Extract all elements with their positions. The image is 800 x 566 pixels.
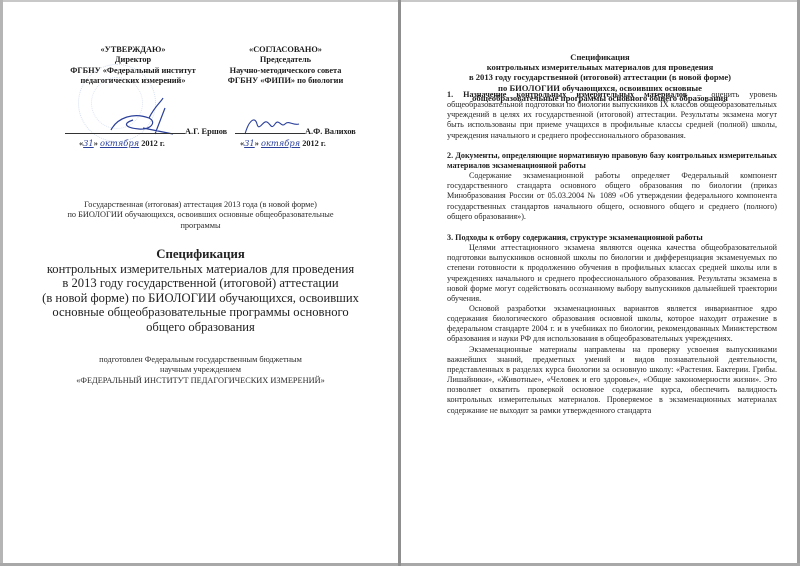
approval-org-line1: Научно-методического совета: [213, 66, 358, 76]
signatory-valikhov: А.Ф. Валихов: [305, 127, 356, 136]
approval-role: Председатель: [213, 55, 358, 65]
approval-date-council: «31» октября 2012 г.: [240, 138, 326, 148]
signature-line-ershov: [65, 133, 185, 134]
attestation-subtitle: Государственная (итоговая) аттестация 20…: [23, 200, 378, 231]
header-line: в 2013 году государственной (итоговой) а…: [419, 72, 781, 82]
approval-org-line2: ФГБНУ «ФИПИ» по биологии: [213, 76, 358, 86]
date-month: октября: [261, 138, 300, 148]
approval-org-line1: ФГБНУ «Федеральный институт: [53, 66, 213, 76]
section-purpose: 1. Назначение контрольных измерительных …: [447, 90, 777, 141]
date-close-quote: »: [94, 139, 98, 148]
section-documents: 2. Документы, определяющие нормативную п…: [447, 151, 777, 222]
prepared-by-line: подготовлен Федеральным государственным …: [23, 355, 378, 365]
document-spread: «УТВЕРЖДАЮ» Директор ФГБНУ «Федеральный …: [0, 0, 800, 566]
section-title: 3. Подходы к отбору содержания, структур…: [447, 233, 703, 242]
prepared-by-line: научным учреждением: [23, 365, 378, 375]
title-page: «УТВЕРЖДАЮ» Директор ФГБНУ «Федеральный …: [3, 2, 398, 563]
date-close-quote: »: [255, 139, 259, 148]
title-line: (в новой форме) по БИОЛОГИИ обучающихся,…: [18, 291, 383, 306]
approval-block-council: «СОГЛАСОВАНО» Председатель Научно-методи…: [213, 45, 358, 87]
date-year: 2012 г.: [141, 139, 165, 148]
section-paragraph: Экзаменационные материалы направлены на …: [447, 345, 777, 416]
subtitle-line: Государственная (итоговая) аттестация 20…: [23, 200, 378, 210]
header-line: Спецификация: [419, 52, 781, 62]
prepared-by: подготовлен Федеральным государственным …: [23, 355, 378, 386]
section-paragraph: Основой разработки экзаменационных вариа…: [447, 304, 777, 345]
approval-heading: «СОГЛАСОВАНО»: [213, 45, 358, 55]
title-line: общего образования: [18, 320, 383, 335]
document-title: Спецификация контрольных измерительных м…: [18, 247, 383, 335]
approval-block-director: «УТВЕРЖДАЮ» Директор ФГБНУ «Федеральный …: [53, 45, 213, 87]
date-year: 2012 г.: [302, 139, 326, 148]
date-day: 31: [83, 138, 94, 148]
title-line: в 2013 году государственной (итоговой) а…: [18, 276, 383, 291]
section-title: 1. Назначение контрольных измерительных …: [447, 90, 687, 99]
title-line: основные общеобразовательные программы о…: [18, 305, 383, 320]
section-paragraph: Целями аттестационного экзамена являются…: [447, 243, 777, 304]
approval-org-line2: педагогических измерений»: [53, 76, 213, 86]
title-heading: Спецификация: [18, 247, 383, 262]
subtitle-line: программы: [23, 221, 378, 231]
date-month: октября: [100, 138, 139, 148]
prepared-by-line: «ФЕДЕРАЛЬНЫЙ ИНСТИТУТ ПЕДАГОГИЧЕСКИХ ИЗМ…: [23, 376, 378, 386]
page-divider: [398, 0, 401, 566]
approval-role: Директор: [53, 55, 213, 65]
approval-date-director: «31» октября 2012 г.: [79, 138, 165, 148]
signature-line-valikhov: [235, 133, 305, 134]
signature-valikhov-icon: [241, 114, 303, 138]
section-approaches: 3. Подходы к отбору содержания, структур…: [447, 233, 777, 416]
approval-heading: «УТВЕРЖДАЮ»: [53, 45, 213, 55]
subtitle-line: по БИОЛОГИИ обучающихся, освоивших основ…: [23, 210, 378, 220]
section-title: 2. Документы, определяющие нормативную п…: [447, 151, 777, 170]
specification-page: Спецификация контрольных измерительных м…: [401, 2, 797, 563]
specification-body: 1. Назначение контрольных измерительных …: [447, 90, 777, 416]
title-line: контрольных измерительных материалов для…: [18, 262, 383, 277]
signature-ershov-icon: [103, 94, 183, 142]
section-paragraph: Содержание экзаменационной работы опреде…: [447, 171, 777, 222]
signatory-ershov: А.Г. Ершов: [185, 127, 227, 136]
page-border-left: [0, 0, 3, 566]
header-line: контрольных измерительных материалов для…: [419, 62, 781, 72]
date-day: 31: [244, 138, 255, 148]
